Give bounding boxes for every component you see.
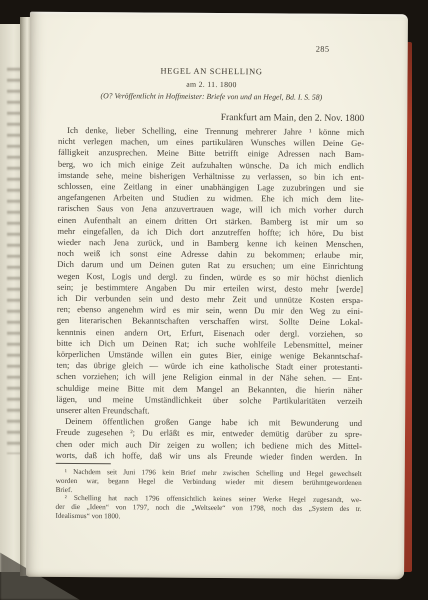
letter-date: am 2. 11. 1800 [58,78,364,89]
footnote-separator-rule [56,463,111,464]
page-number: 285 [316,45,330,54]
book-page: 285 HEGEL AN SCHELLING am 2. 11. 1800 (O… [26,12,408,580]
letter-body: Ich denke, lieber Schelling, eine Trennu… [56,125,364,463]
footnotes: ¹ Nachdem seit Juni 1796 kein Brief mehr… [55,468,361,523]
letter-header: HEGEL AN SCHELLING am 2. 11. 1800 (O? Ve… [58,66,364,102]
letter-title: HEGEL AN SCHELLING [59,66,365,77]
body-line: worts, daß ich hoffe, daß wir uns als Fr… [56,450,362,463]
letter-dateline: Frankfurt am Main, den 2. Nov. 1800 [58,111,364,124]
book-photo-scene: 285 HEGEL AN SCHELLING am 2. 11. 1800 (O… [0,0,428,600]
letter-source-note: (O? Veröffentlicht in Hoffmeister: Brief… [58,90,364,101]
